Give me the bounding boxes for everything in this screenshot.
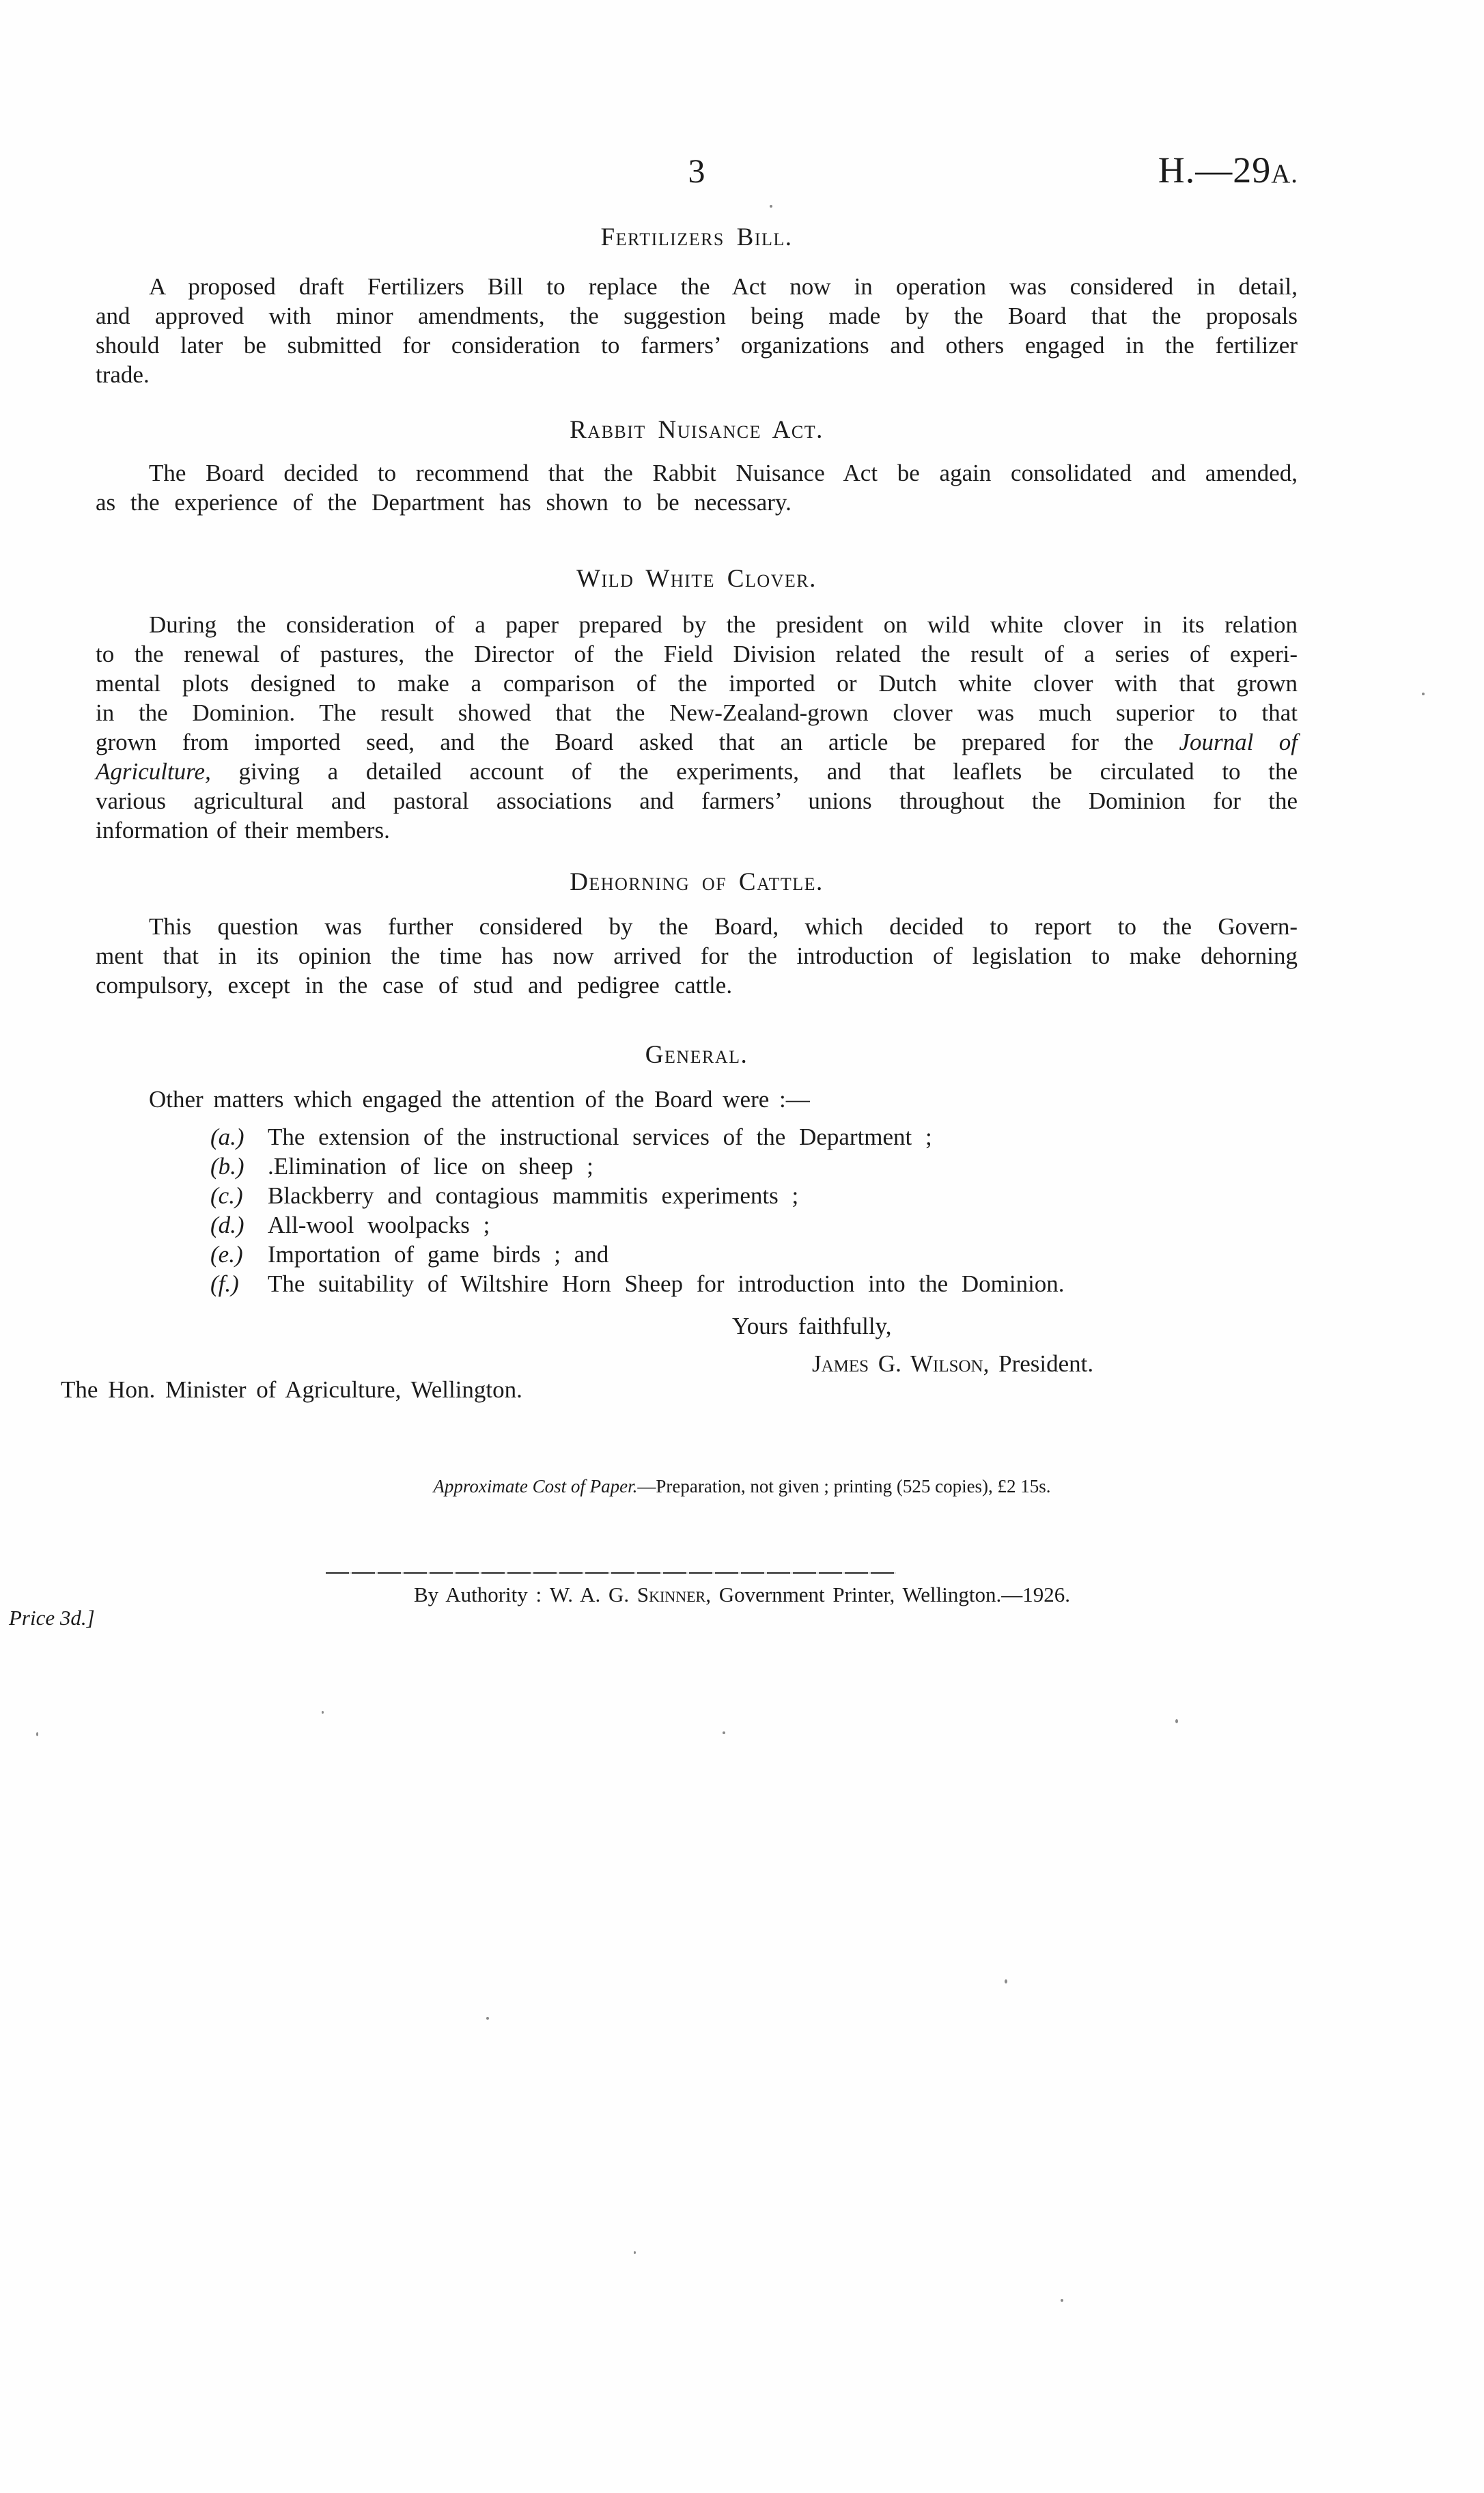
scan-speck <box>486 2017 489 2020</box>
paragraph-line: The Board decided to recommend that the … <box>96 458 1298 488</box>
price-label: Price 3d.] <box>9 1605 95 1631</box>
paragraph-line: to the renewal of pastures, the Director… <box>96 639 1298 669</box>
section-heading-rabbit-nuisance-act: Rabbit Nuisance Act. <box>96 415 1298 445</box>
document-page: 3 H.—29A. Fertilizers Bill. A proposed d… <box>0 0 1484 2493</box>
journal-title-part: Journal of <box>1179 729 1298 755</box>
paragraph-line: A proposed draft Fertilizers Bill to rep… <box>96 272 1298 301</box>
scan-speck <box>1061 2299 1063 2302</box>
authority-prefix: By Authority : <box>414 1583 550 1606</box>
paragraph-line: and approved with minor amendments, the … <box>96 301 1298 331</box>
list-item-marker: (b.) <box>210 1152 268 1181</box>
printer-name: W. A. G. Skinner <box>550 1583 705 1606</box>
section-heading-dehorning-of-cattle: Dehorning of Cattle. <box>96 867 1298 897</box>
paragraph-line: Agriculture, giving a detailed account o… <box>96 757 1298 786</box>
scan-speck <box>322 1711 324 1714</box>
list-item: (e.)Importation of game birds ; and <box>96 1240 1298 1269</box>
cost-note-title: Approximate Cost of Paper. <box>433 1476 637 1496</box>
section-heading-general: General. <box>96 1040 1298 1070</box>
paragraph-line: grown from imported seed, and the Board … <box>96 727 1298 757</box>
paragraph-line: compulsory, except in the case of stud a… <box>96 971 1298 1000</box>
paragraph-line: During the consideration of a paper prep… <box>96 610 1298 639</box>
list-item-marker: (f.) <box>210 1269 268 1298</box>
list-item-text: Blackberry and contagious mammitis exper… <box>268 1182 798 1209</box>
paragraph-line: in the Dominion. The result showed that … <box>96 698 1298 727</box>
paragraph-text: grown from imported seed, and the Board … <box>96 729 1179 755</box>
section-heading-wild-white-clover: Wild White Clover. <box>96 564 1298 594</box>
scan-speck <box>770 205 772 208</box>
list-item-text: The extension of the instructional servi… <box>268 1124 932 1150</box>
section-heading-fertilizers-bill: Fertilizers Bill. <box>96 223 1298 253</box>
paragraph-rabbit-nuisance-act: The Board decided to recommend that the … <box>96 458 1298 517</box>
cost-of-paper-note: Approximate Cost of Paper.—Preparation, … <box>0 1475 1484 1498</box>
scan-speck <box>36 1732 38 1736</box>
paragraph-text: giving a detailed account of the experim… <box>211 758 1298 785</box>
paragraph-line: ment that in its opinion the time has no… <box>96 941 1298 971</box>
list-item-text: The suitability of Wiltshire Horn Sheep … <box>268 1270 1065 1297</box>
signatory-name: James G. Wilson <box>812 1350 983 1377</box>
scan-speck <box>723 1731 725 1734</box>
page-content: Fertilizers Bill. A proposed draft Ferti… <box>96 0 1298 2493</box>
list-item: (a.)The extension of the instructional s… <box>96 1122 1298 1152</box>
list-item: (f.)The suitability of Wiltshire Horn Sh… <box>96 1269 1298 1298</box>
paragraph-dehorning-of-cattle: This question was further considered by … <box>96 912 1298 1000</box>
cost-note-detail: —Preparation, not given ; printing (525 … <box>637 1476 1050 1496</box>
signature-name-line: James G. Wilson, President. <box>812 1349 1093 1378</box>
list-item-marker: (d.) <box>210 1210 268 1240</box>
paragraph-line: Other matters which engaged the attentio… <box>96 1085 1298 1114</box>
list-item: (c.)Blackberry and contagious mammitis e… <box>96 1181 1298 1210</box>
scan-speck <box>634 2251 636 2254</box>
paragraph-line: This question was further considered by … <box>96 912 1298 941</box>
scan-speck <box>1422 693 1425 695</box>
list-item-text: .Elimination of lice on sheep ; <box>268 1153 593 1180</box>
list-item-text: Importation of game birds ; and <box>268 1241 608 1268</box>
list-item: (b.).Elimination of lice on sheep ; <box>96 1152 1298 1181</box>
general-matters-list: (a.)The extension of the instructional s… <box>96 1122 1298 1298</box>
list-item-text: All-wool woolpacks ; <box>268 1212 490 1238</box>
authority-line: By Authority : W. A. G. Skinner, Governm… <box>0 1582 1484 1608</box>
authority-detail: , Government Printer, Wellington.—1926. <box>705 1583 1070 1606</box>
paragraph-line: various agricultural and pastoral associ… <box>96 786 1298 816</box>
paragraph-fertilizers-bill: A proposed draft Fertilizers Bill to rep… <box>96 272 1298 389</box>
addressee-line: The Hon. Minister of Agriculture, Wellin… <box>61 1375 522 1404</box>
signature-closing: Yours faithfully, <box>732 1311 892 1341</box>
list-item-marker: (e.) <box>210 1240 268 1269</box>
paragraph-line: information of their members. <box>96 816 1298 845</box>
paragraph-wild-white-clover: During the consideration of a paper prep… <box>96 610 1298 845</box>
list-item: (d.)All-wool woolpacks ; <box>96 1210 1298 1240</box>
list-item-marker: (c.) <box>210 1181 268 1210</box>
paragraph-line: should later be submitted for considerat… <box>96 331 1298 360</box>
journal-title-part: Agriculture, <box>96 758 211 785</box>
footer-rule <box>326 1572 896 1574</box>
signatory-title: , President. <box>983 1350 1094 1377</box>
paragraph-line: as the experience of the Department has … <box>96 488 1298 517</box>
scan-speck <box>1175 1719 1178 1723</box>
list-item-marker: (a.) <box>210 1122 268 1152</box>
paragraph-line: mental plots designed to make a comparis… <box>96 669 1298 698</box>
paragraph-general-intro: Other matters which engaged the attentio… <box>96 1085 1298 1114</box>
paragraph-line: trade. <box>96 360 1298 389</box>
scan-speck <box>1005 1979 1007 1983</box>
